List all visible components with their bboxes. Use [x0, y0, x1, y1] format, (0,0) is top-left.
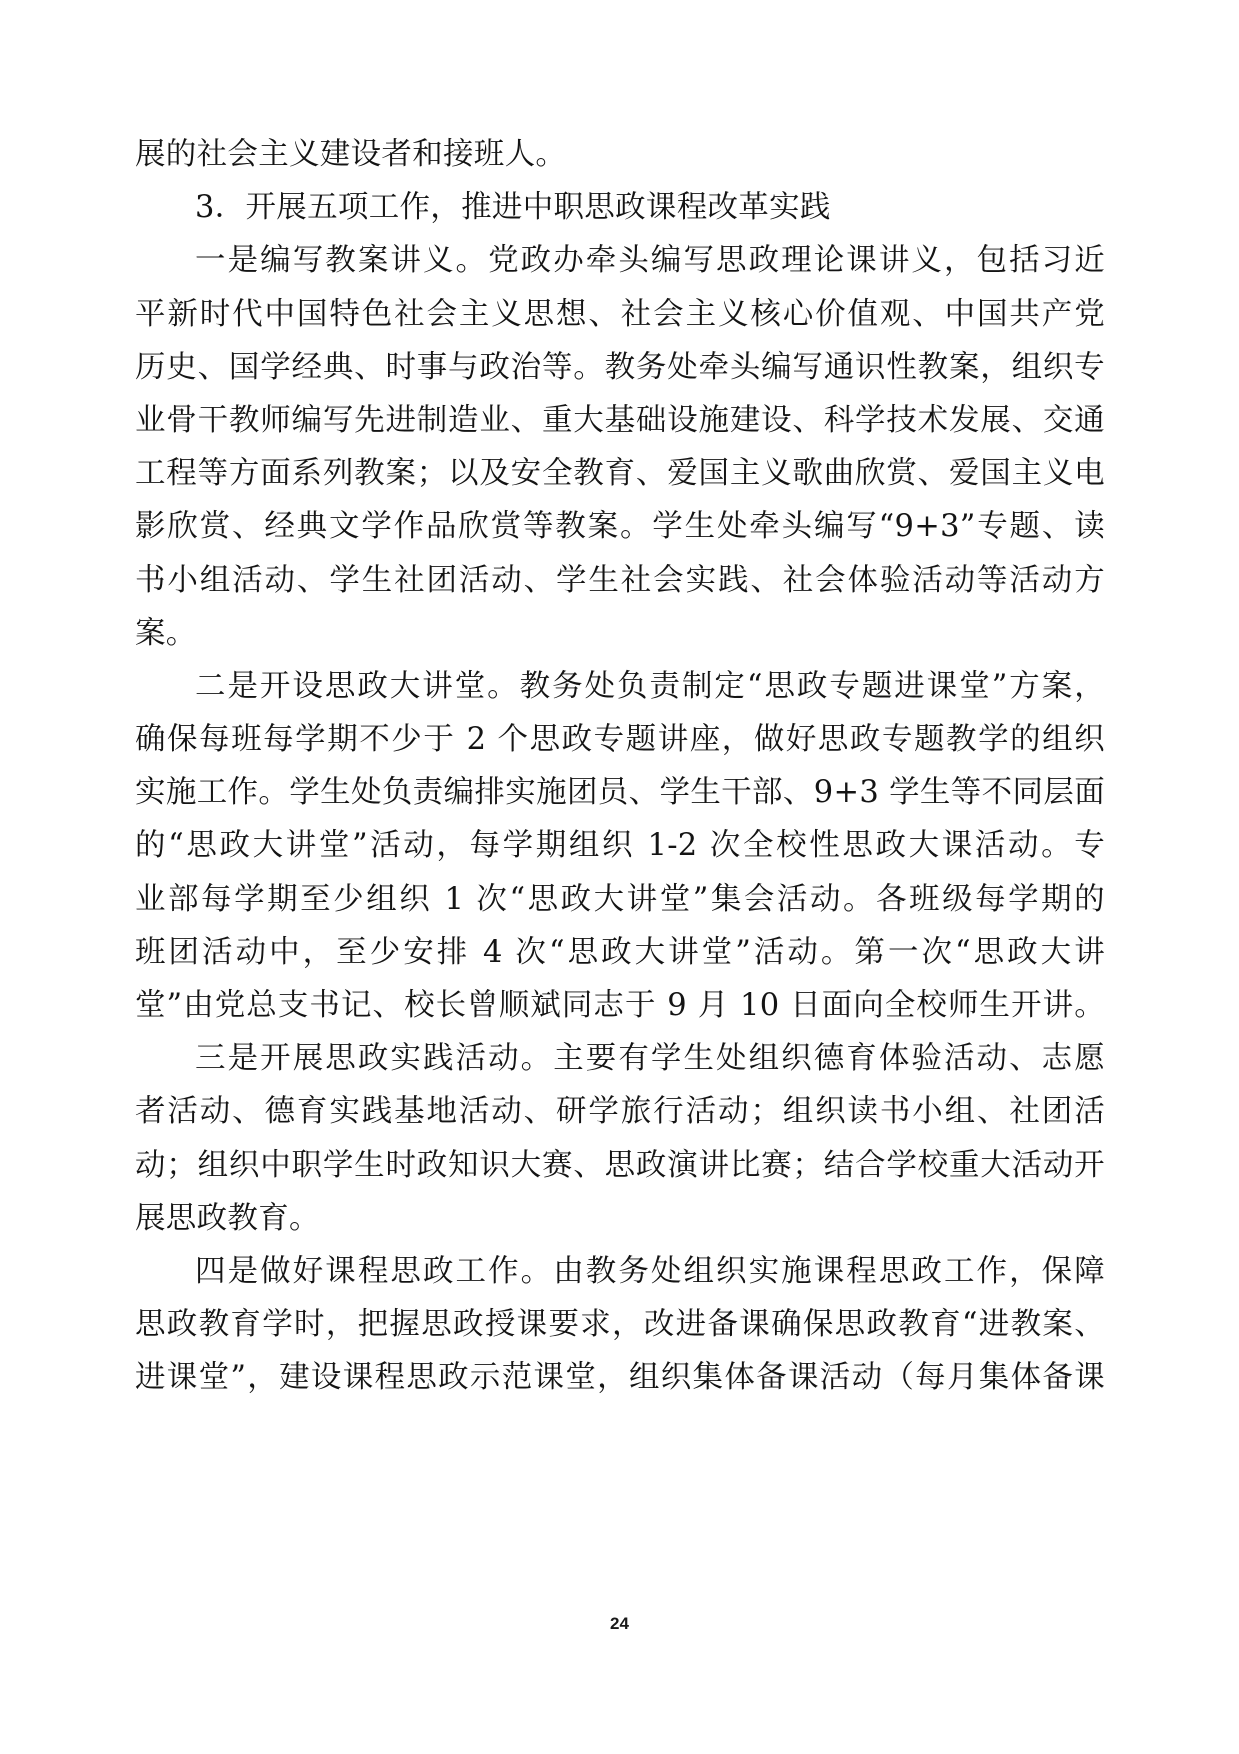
text-line: 堂”由党总支书记、校长曾顺斌同志于 9 月 10 日面向全校师生开讲。	[135, 979, 1105, 1032]
text-line: 平新时代中国特色社会主义思想、社会主义核心价值观、中国共产党	[135, 288, 1105, 341]
text-line: 四是做好课程思政工作。由教务处组织实施课程思政工作，保障	[135, 1245, 1105, 1298]
text-line: 思政教育学时，把握思政授课要求，改进备课确保思政教育“进教案、	[135, 1298, 1105, 1351]
text-line: 的“思政大讲堂”活动，每学期组织 1-2 次全校性思政大课活动。专	[135, 819, 1105, 872]
text-line: 历史、国学经典、时事与政治等。教务处牵头编写通识性教案，组织专	[135, 341, 1105, 394]
document-page: 展的社会主义建设者和接班人。3．开展五项工作，推进中职思政课程改革实践一是编写教…	[0, 0, 1239, 1754]
body-text: 展的社会主义建设者和接班人。3．开展五项工作，推进中职思政课程改革实践一是编写教…	[135, 128, 1105, 1405]
text-line: 书小组活动、学生社团活动、学生社会实践、社会体验活动等活动方	[135, 554, 1105, 607]
text-line: 3．开展五项工作，推进中职思政课程改革实践	[135, 181, 1105, 234]
text-line: 确保每班每学期不少于 2 个思政专题讲座，做好思政专题教学的组织	[135, 713, 1105, 766]
text-line: 影欣赏、经典文学作品欣赏等教案。学生处牵头编写“9+3”专题、读	[135, 500, 1105, 553]
text-line: 动；组织中职学生时政知识大赛、思政演讲比赛；结合学校重大活动开	[135, 1139, 1105, 1192]
text-line: 进课堂”，建设课程思政示范课堂，组织集体备课活动（每月集体备课	[135, 1351, 1105, 1404]
text-line: 一是编写教案讲义。党政办牵头编写思政理论课讲义，包括习近	[135, 234, 1105, 287]
text-line: 案。	[135, 607, 1105, 660]
text-line: 业部每学期至少组织 1 次“思政大讲堂”集会活动。各班级每学期的	[135, 873, 1105, 926]
text-line: 业骨干教师编写先进制造业、重大基础设施建设、科学技术发展、交通	[135, 394, 1105, 447]
text-line: 者活动、德育实践基地活动、研学旅行活动；组织读书小组、社团活	[135, 1085, 1105, 1138]
text-line: 工程等方面系列教案；以及安全教育、爱国主义歌曲欣赏、爱国主义电	[135, 447, 1105, 500]
text-line: 展的社会主义建设者和接班人。	[135, 128, 1105, 181]
text-line: 班团活动中，至少安排 4 次“思政大讲堂”活动。第一次“思政大讲	[135, 926, 1105, 979]
text-line: 展思政教育。	[135, 1192, 1105, 1245]
page-number: 24	[0, 1614, 1239, 1634]
text-line: 三是开展思政实践活动。主要有学生处组织德育体验活动、志愿	[135, 1032, 1105, 1085]
text-line: 实施工作。学生处负责编排实施团员、学生干部、9+3 学生等不同层面	[135, 766, 1105, 819]
text-line: 二是开设思政大讲堂。教务处负责制定“思政专题进课堂”方案，	[135, 660, 1105, 713]
